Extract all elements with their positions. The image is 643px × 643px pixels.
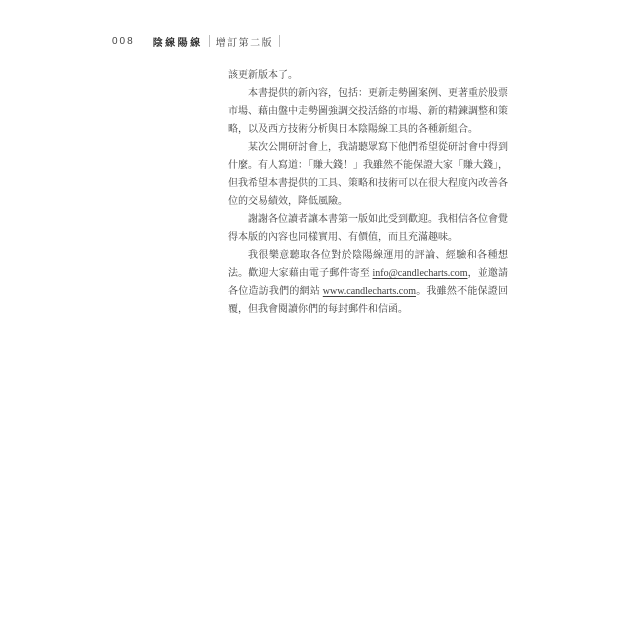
page-number: 008 — [112, 36, 135, 47]
book-page: 008 陰線陽線 增訂第二版 該更新版本了。 本書提供的新內容，包括：更新走勢圖… — [0, 0, 643, 643]
text-segment: 各位造訪我們的網站 — [228, 286, 323, 297]
text-line: 但我希望本書提供的工具、策略和技術可以在很大程度內改善各 — [228, 175, 508, 193]
email-address: info@candlecharts.com — [372, 268, 467, 279]
text-line: 謝謝各位讀者讓本書第一版如此受到歡迎。我相信各位會覺 — [228, 211, 508, 229]
text-line: 某次公開研討會上，我請聽眾寫下他們希望從研討會中得到 — [228, 139, 508, 157]
text-line: 該更新版本了。 — [228, 67, 508, 85]
separator-bar-icon — [279, 35, 280, 47]
text-line: 得本版的內容也同樣實用、有價值，而且充滿趣味。 — [228, 229, 508, 247]
edition-label: 增訂第二版 — [216, 34, 274, 49]
text-line: 市場、藉由盤中走勢圖強調交投活絡的市場、新的精鍊調整和策 — [228, 103, 508, 121]
text-line: 法。歡迎大家藉由電子郵件寄至 info@candlecharts.com，並邀請 — [228, 265, 508, 283]
text-line: 我很樂意聽取各位對於陰陽線運用的評論、經驗和各種想 — [228, 247, 508, 265]
separator-bar-icon — [209, 35, 210, 47]
body-text-block: 該更新版本了。 本書提供的新內容，包括：更新走勢圖案例、更著重於股票 市場、藉由… — [228, 67, 508, 319]
text-segment: 。我雖然不能保證回 — [416, 286, 508, 297]
text-line: 位的交易績效，降低風險。 — [228, 193, 508, 211]
text-line: 什麼。有人寫道：「賺大錢！」我雖然不能保證大家「賺大錢」， — [228, 157, 508, 175]
website-url: www.candlecharts.com — [323, 286, 416, 297]
text-line: 各位造訪我們的網站 www.candlecharts.com。我雖然不能保證回 — [228, 283, 508, 301]
text-line: 略，以及西方技術分析與日本陰陽線工具的各種新組合。 — [228, 121, 508, 139]
text-line: 覆，但我會閱讀你們的每封郵件和信函。 — [228, 301, 508, 319]
book-title: 陰線陽線 — [153, 34, 203, 49]
text-segment: 法。歡迎大家藉由電子郵件寄至 — [228, 268, 372, 279]
text-segment: ，並邀請 — [467, 268, 508, 279]
running-header: 008 陰線陽線 增訂第二版 — [112, 34, 286, 48]
text-line: 本書提供的新內容，包括：更新走勢圖案例、更著重於股票 — [228, 85, 508, 103]
